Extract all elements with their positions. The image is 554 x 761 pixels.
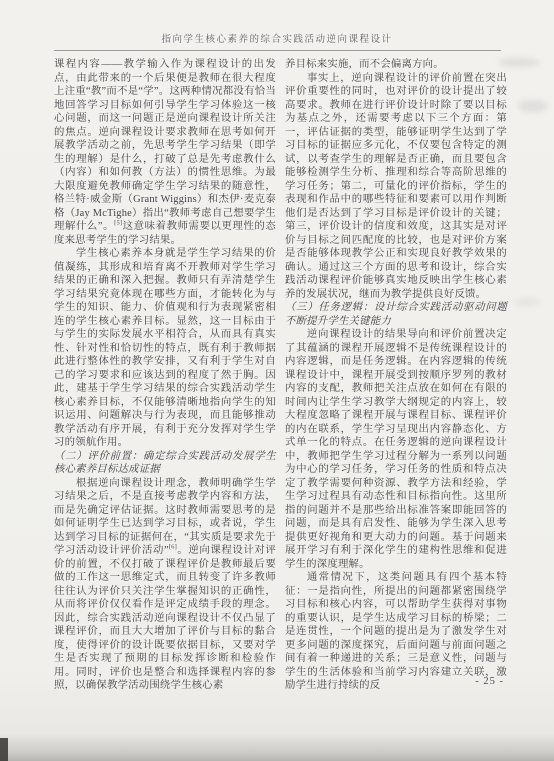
left-column: 课程内容——教学输入作为课程设计的出发点，由此带来的一个后果便是教师在很大程度上… <box>54 58 276 693</box>
two-column-body: 课程内容——教学输入作为课程设计的出发点，由此带来的一个后果便是教师在很大程度上… <box>54 58 507 693</box>
section-heading-3: （三）任务逻辑：设计综合实践活动驱动问题不断提升学生关键能力 <box>285 301 507 328</box>
paragraph: 学生核心素养本身就是学生学习结果的价值凝练，其形成和培育离不开教师对学生学习结果… <box>54 247 276 450</box>
scanned-page: 指向学生核心素养的综合实践活动逆向课程设计 课程内容——教学输入作为课程设计的出… <box>0 0 554 761</box>
running-head-title: 指向学生核心素养的综合实践活动逆向课程设计 <box>0 31 554 45</box>
page-number: - 25 - <box>475 676 504 687</box>
paragraph-text: 。逆向课程设计对评价的前置，不仅打破了课程评价是教师最后要做的工作这一思维定式，… <box>54 545 276 691</box>
paragraph: 通常情况下，这类问题具有四个基本特征：一是指向性，所提出的问题都紧密围绕学习目标… <box>285 571 507 693</box>
paragraph: 逆向课程设计的结果导向和评价前置决定了其蕴涵的课程开展逻辑不是传统课程设计的内容… <box>285 328 507 571</box>
paragraph: 养目标来实施，而不会偏离方向。 <box>285 58 507 72</box>
paragraph: 根据逆向课程设计理念，教师明确学生学习结果之后，不是直接考虑教学内容和方法，而是… <box>54 477 276 693</box>
scan-smudge <box>498 58 540 67</box>
scan-smudge <box>518 100 548 112</box>
header-rule-divider <box>54 50 501 51</box>
scan-edge-shadow <box>0 733 554 761</box>
section-heading-2: （二）评价前置：确定综合实践活动发展学生核心素养目标达成证据 <box>54 450 276 477</box>
paragraph-text: 课程内容——教学输入作为课程设计的出发点，由此带来的一个后果便是教师在很大程度上… <box>54 59 276 232</box>
scan-smudge <box>514 298 540 306</box>
citation-ref-6: [6] <box>169 544 177 551</box>
scan-corner-mark <box>0 738 8 761</box>
paragraph: 课程内容——教学输入作为课程设计的出发点，由此带来的一个后果便是教师在很大程度上… <box>54 58 276 247</box>
paragraph: 事实上，逆向课程设计的评价前置在突出评价重要性的同时，也对评价的设计提出了较高要… <box>285 72 507 302</box>
right-column: 养目标来实施，而不会偏离方向。 事实上，逆向课程设计的评价前置在突出评价重要性的… <box>285 58 507 693</box>
